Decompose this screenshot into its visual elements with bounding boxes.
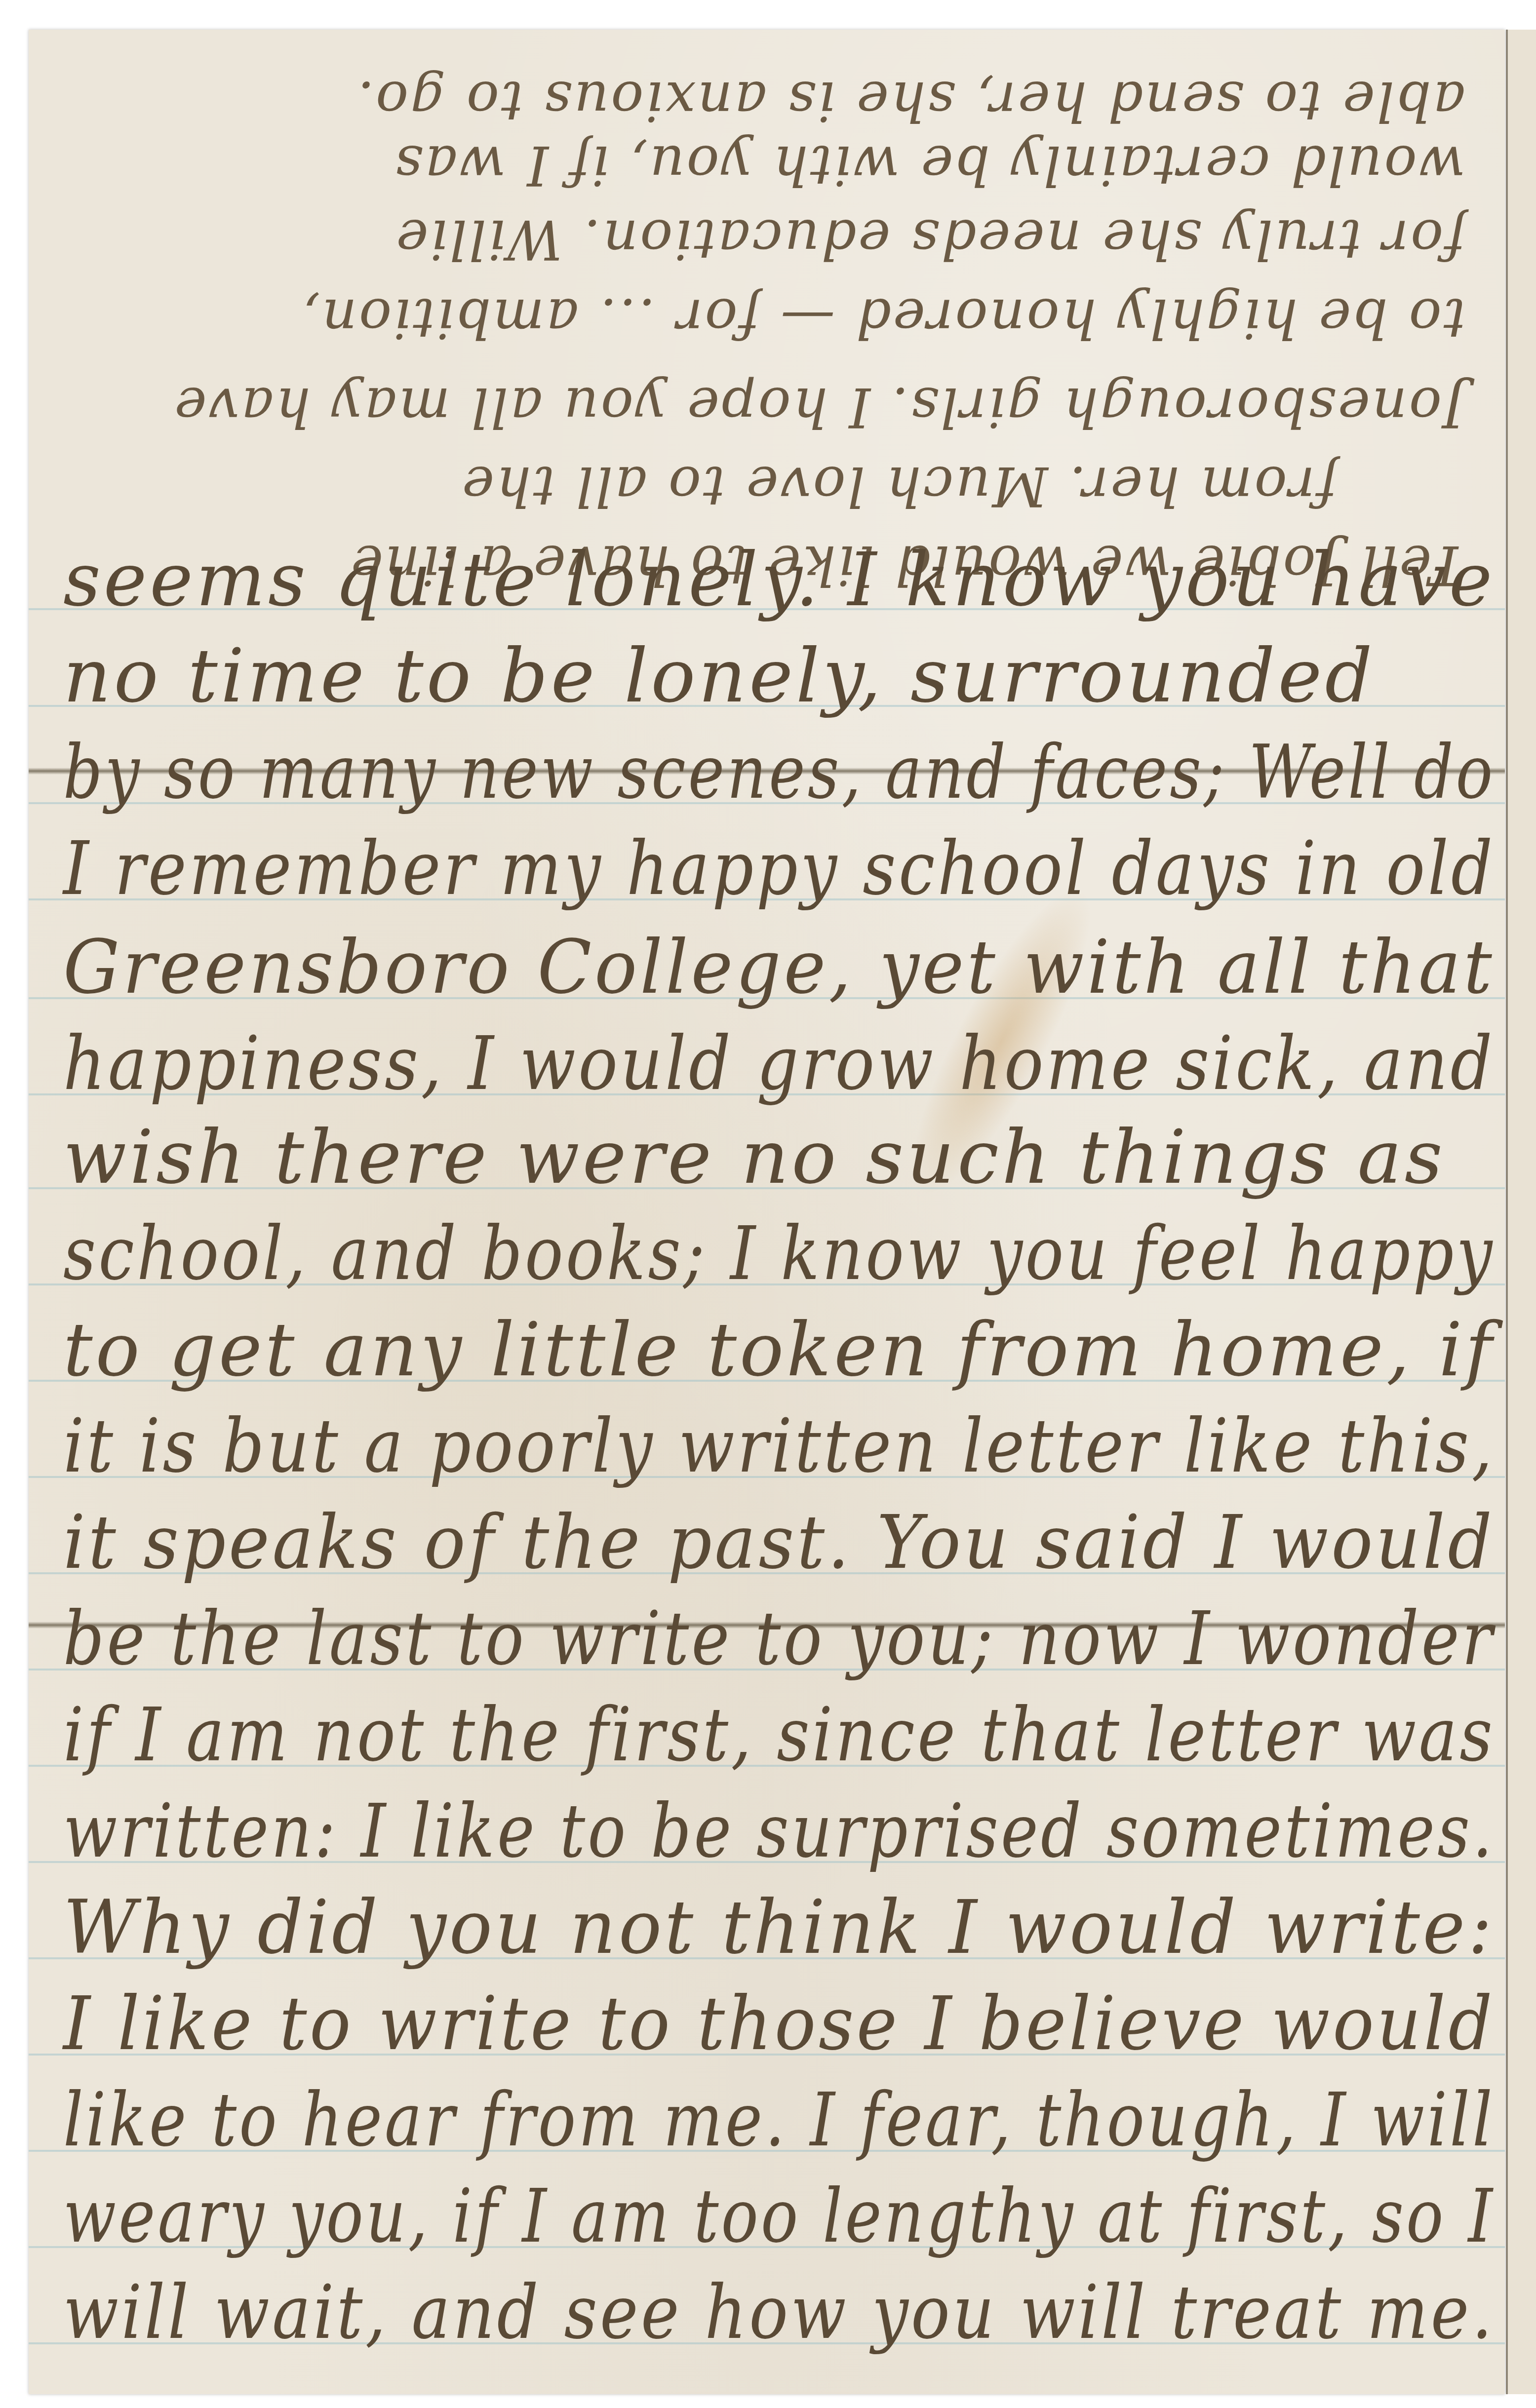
body-line: I like to write to those I believe would	[63, 1987, 1390, 2061]
adjacent-page-edge	[1506, 30, 1536, 2394]
postscript-line: for truly she needs education. Willie	[83, 212, 1465, 267]
body-line: to get any little token from home, if	[63, 1313, 1480, 1387]
letter-sheet: Tell Jobie we would like to have a line …	[29, 30, 1505, 2394]
body-line: written: I like to be surprised sometime…	[63, 1794, 1285, 1868]
body-line: be the last to write to you; now I wonde…	[63, 1602, 1304, 1676]
body-line: happiness, I would grow home sick, and	[63, 1027, 1329, 1101]
postscript-line: able to send her, she is anxious to go.	[83, 74, 1465, 128]
inverted-postscript: Tell Jobie we would like to have a line …	[78, 69, 1485, 612]
body-line: it is but a poorly written letter like t…	[63, 1409, 1330, 1483]
body-line: will wait, and see how you will treat me…	[63, 2276, 1314, 2350]
body-line: it speaks of the past. You said I would	[63, 1506, 1400, 1580]
body-line: seems quite lonely. I know you have	[63, 543, 1476, 617]
body-line: by so many new scenes, and faces; Well d…	[63, 736, 1249, 810]
postscript-line: Jonesborough girls. I hope you all may h…	[83, 380, 1465, 434]
body-line: if I am not the first, since that letter…	[63, 1698, 1301, 1772]
body-line: Why did you not think I would write:	[63, 1891, 1446, 1965]
body-line: school, and books; I know you feel happy	[63, 1217, 1297, 1291]
postscript-line: to be highly honored — for ... ambition,	[83, 291, 1465, 346]
postscript-line: would certainly be with you, if I was	[83, 138, 1465, 193]
postscript-line: from her. Much love to all the	[0, 459, 1337, 513]
body-line: weary you, if I am too lengthy at first,…	[63, 2179, 1259, 2253]
body-line: I remember my happy school days in old	[63, 832, 1316, 906]
body-line: no time to be lonely, surrounded	[63, 639, 1495, 713]
body-line: Greensboro College, yet with all that	[63, 931, 1432, 1005]
body-line: like to hear from me. I fear, though, I …	[63, 2083, 1279, 2157]
body-line: wish there were no such things as	[63, 1121, 1495, 1195]
